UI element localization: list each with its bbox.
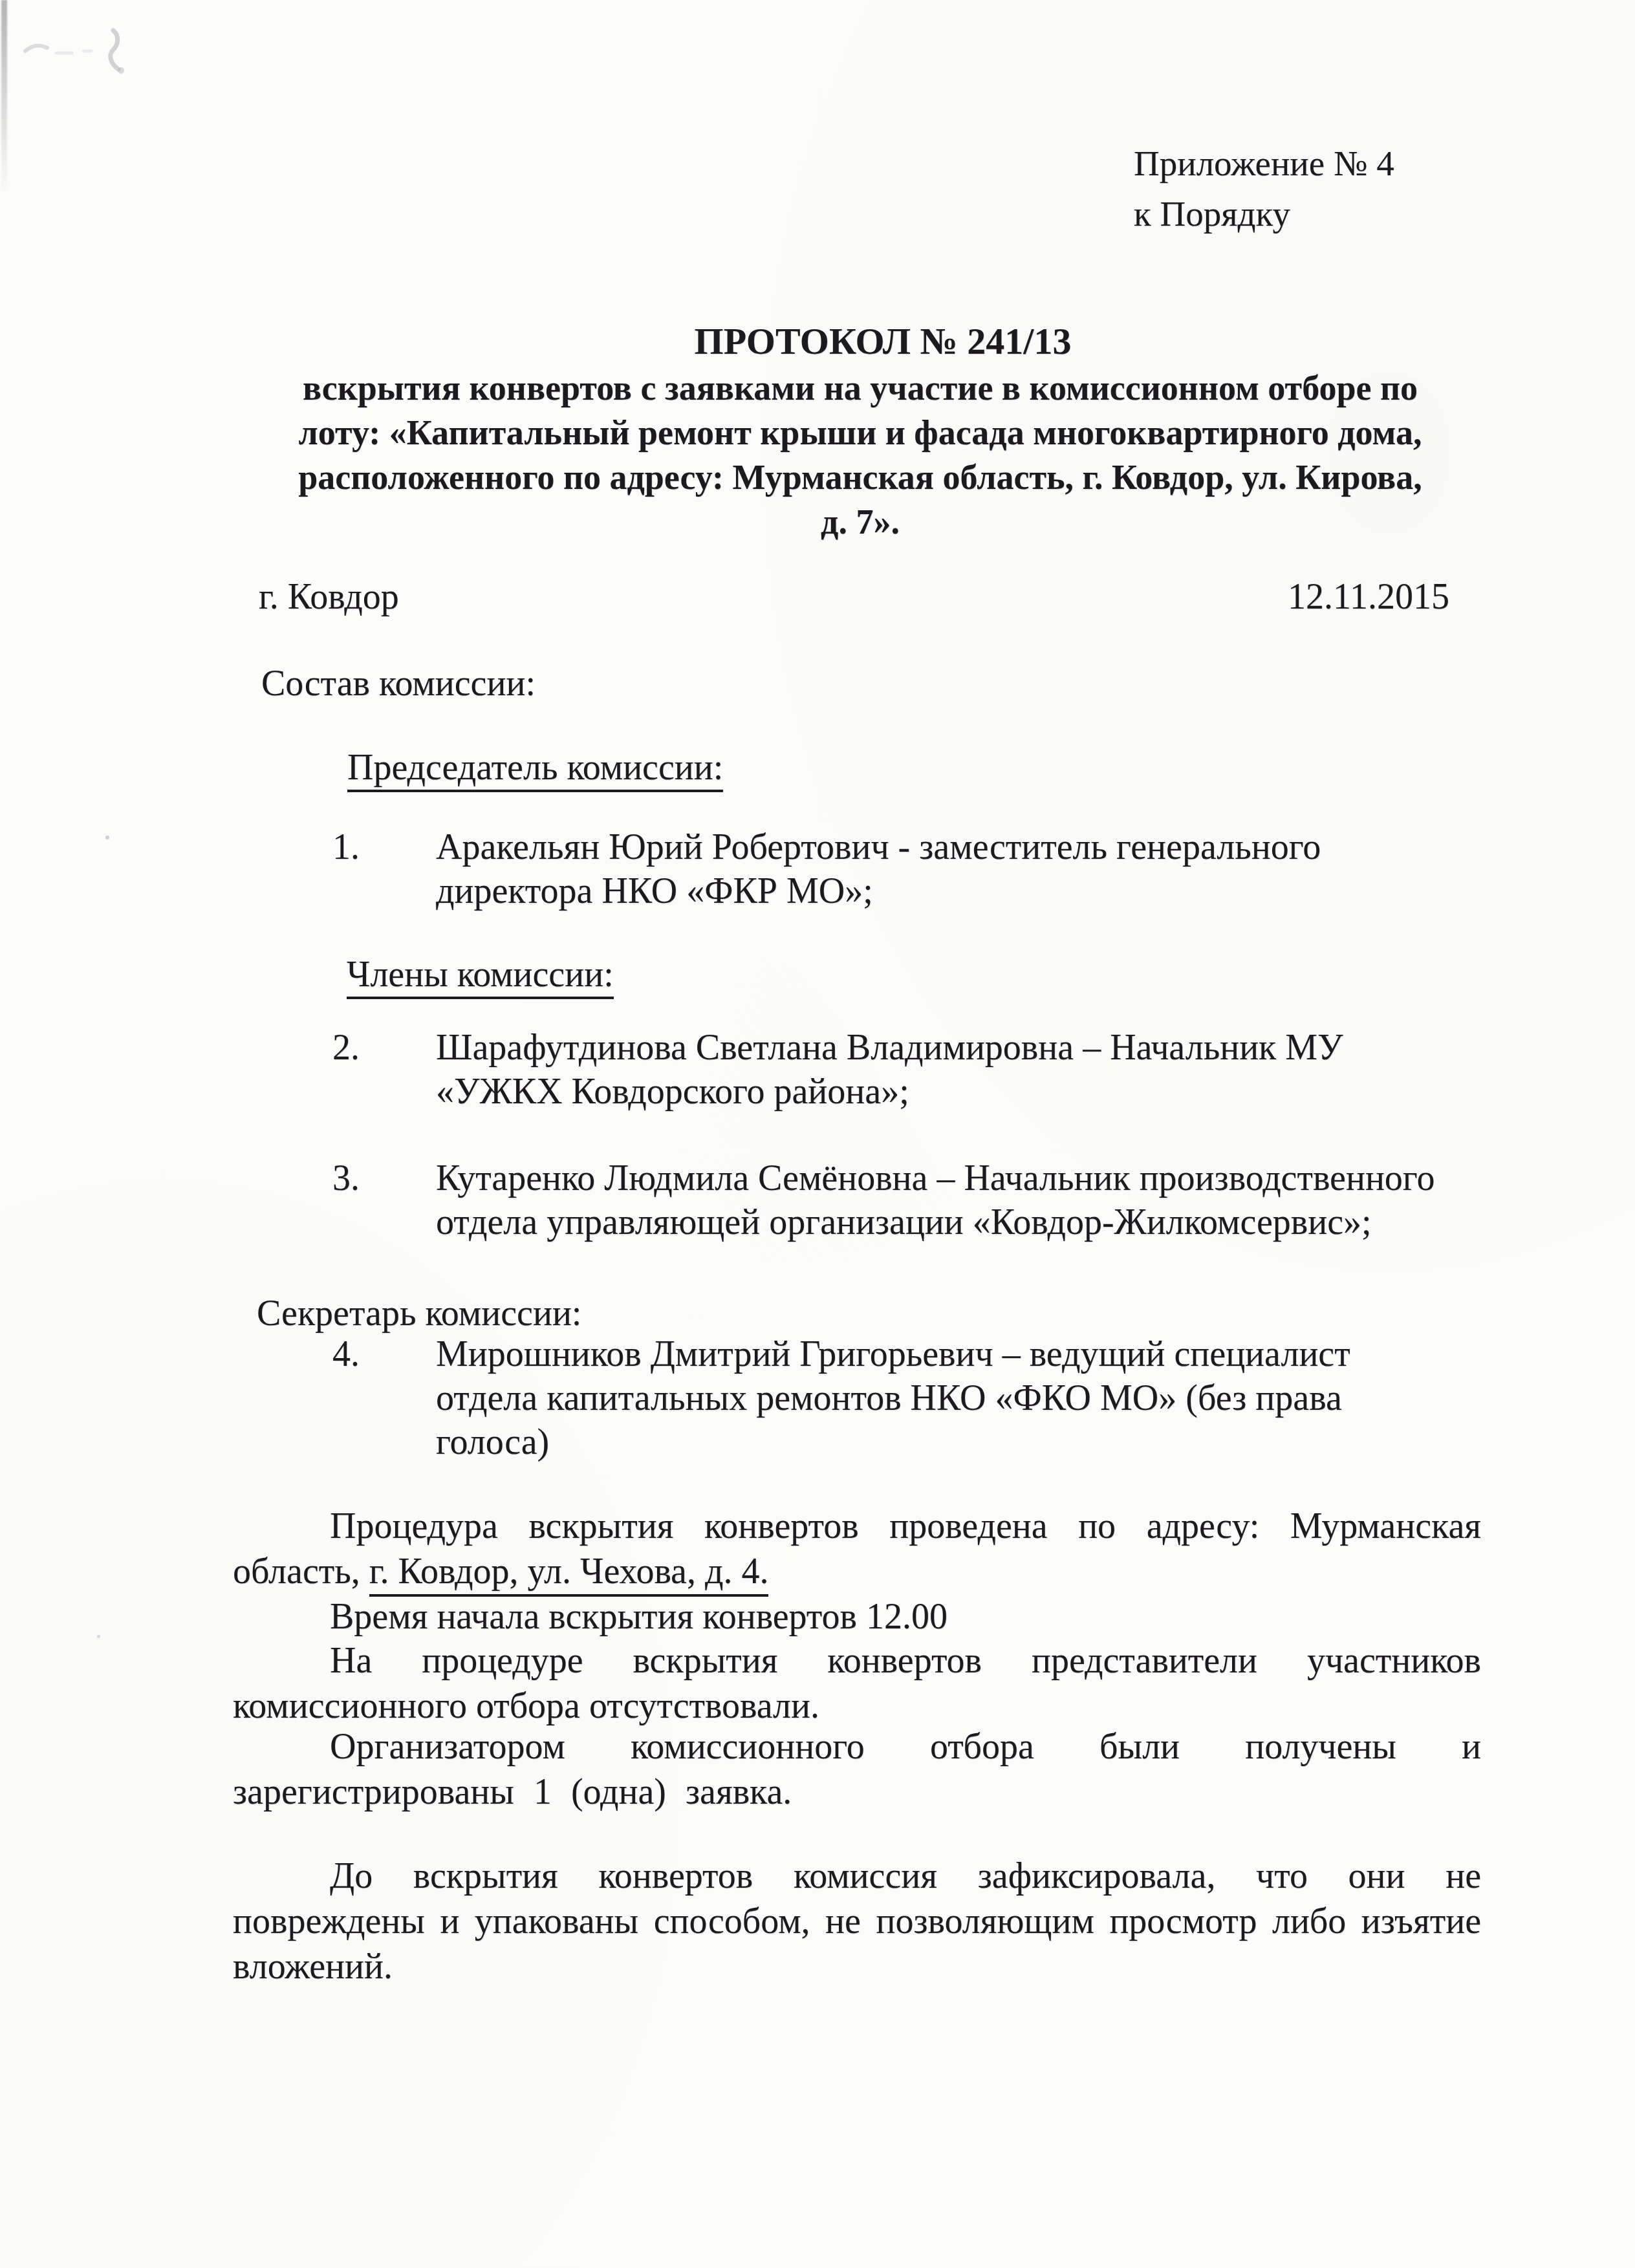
member-item-3: 3. Кутаренко Людмила Семёновна – Начальн…: [332, 1156, 1435, 1244]
procedure-line-2: область, г. Ковдор, ул. Чехова, д. 4.: [233, 1549, 1481, 1594]
member-line: Аракельян Юрий Робертович - заместитель …: [436, 825, 1321, 869]
member-item-1: 1. Аракельян Юрий Робертович - заместите…: [332, 825, 1321, 913]
secretary-heading: Секретарь комиссии:: [257, 1291, 581, 1336]
time-paragraph: Время начала вскрытия конвертов 12.00: [233, 1594, 1481, 1639]
scan-edge-shadow: [1, 0, 7, 194]
annex-line-1: Приложение № 4: [1134, 138, 1394, 189]
applications-line-2: зарегистрированы 1 (одна) заявка.: [233, 1769, 1481, 1815]
attendance-line-1: На процедуре вскрытия конвертов представ…: [233, 1638, 1481, 1683]
members-heading: Члены комиссии:: [347, 952, 614, 997]
member-line: «УЖКХ Ковдорского района»;: [436, 1070, 1343, 1114]
member-line: Шарафутдинова Светлана Владимировна – На…: [436, 1026, 1343, 1070]
procedure-line-1: Процедура вскрытия конвертов проведена п…: [233, 1504, 1481, 1549]
time-line: Время начала вскрытия конвертов 12.00: [233, 1594, 1481, 1639]
integrity-line-1: До вскрытия конвертов комиссия зафиксиро…: [233, 1853, 1481, 1899]
integrity-paragraph: До вскрытия конвертов комиссия зафиксиро…: [233, 1853, 1481, 1989]
members-heading-underline: Члены комиссии:: [347, 955, 614, 999]
member-item-2: 2. Шарафутдинова Светлана Владимировна –…: [332, 1026, 1343, 1114]
chairman-heading: Председатель комиссии:: [347, 745, 723, 790]
applications-line-1: Организатором комиссионного отбора были …: [233, 1724, 1481, 1769]
pencil-scribble-mark: [16, 23, 158, 81]
applications-paragraph: Организатором комиссионного отбора были …: [233, 1724, 1481, 1815]
member-number: 1.: [332, 825, 436, 913]
member-line: отдела капитальных ремонтов НКО «ФКО МО»…: [436, 1376, 1350, 1420]
attendance-paragraph: На процедуре вскрытия конвертов представ…: [233, 1638, 1481, 1729]
member-line: отдела управляющей организации «Ковдор-Ж…: [436, 1200, 1435, 1244]
address-underlined: г. Ковдор, ул. Чехова, д. 4.: [369, 1551, 769, 1597]
scanned-protocol-page: Приложение № 4 к Порядку ПРОТОКОЛ № 241/…: [0, 0, 1635, 2268]
procedure-line-2-plain: область,: [233, 1551, 369, 1592]
member-number: 4.: [332, 1332, 436, 1464]
procedure-paragraph: Процедура вскрытия конвертов проведена п…: [233, 1504, 1481, 1594]
integrity-line-2: повреждены и упакованы способом, не позв…: [233, 1899, 1481, 1944]
member-line: Кутаренко Людмила Семёновна – Начальник …: [436, 1156, 1435, 1200]
member-line: директора НКО «ФКР МО»;: [436, 869, 1321, 913]
attendance-line-2: комиссионного отбора отсутствовали.: [233, 1683, 1481, 1729]
place-date-row: г. Ковдор 12.11.2015: [259, 574, 1449, 620]
scan-speck: [97, 1635, 100, 1638]
annex-line-2: к Порядку: [1134, 189, 1394, 239]
subtitle-line: расположенного по адресу: Мурманская обл…: [236, 455, 1484, 500]
member-number: 2.: [332, 1026, 436, 1114]
member-line: голоса): [436, 1420, 1350, 1464]
scan-speck: [105, 836, 109, 839]
date-label: 12.11.2015: [1288, 574, 1449, 620]
member-line: Мирошников Дмитрий Григорьевич – ведущий…: [436, 1332, 1350, 1376]
member-number: 3.: [332, 1156, 436, 1244]
place-label: г. Ковдор: [259, 574, 399, 620]
annex-note: Приложение № 4 к Порядку: [1134, 138, 1394, 239]
composition-heading: Состав комиссии:: [261, 661, 536, 706]
document-title: ПРОТОКОЛ № 241/13: [259, 321, 1507, 362]
document-subtitle: вскрытия конвертов с заявками на участие…: [236, 366, 1484, 545]
subtitle-line: д. 7».: [236, 500, 1484, 545]
subtitle-line: лоту: «Капитальный ремонт крыши и фасада…: [236, 411, 1484, 455]
subtitle-line: вскрытия конвертов с заявками на участие…: [236, 366, 1484, 411]
integrity-line-3: вложений.: [233, 1944, 1481, 1989]
chairman-heading-underline: Председатель комиссии:: [347, 748, 723, 792]
member-item-4: 4. Мирошников Дмитрий Григорьевич – веду…: [332, 1332, 1350, 1464]
